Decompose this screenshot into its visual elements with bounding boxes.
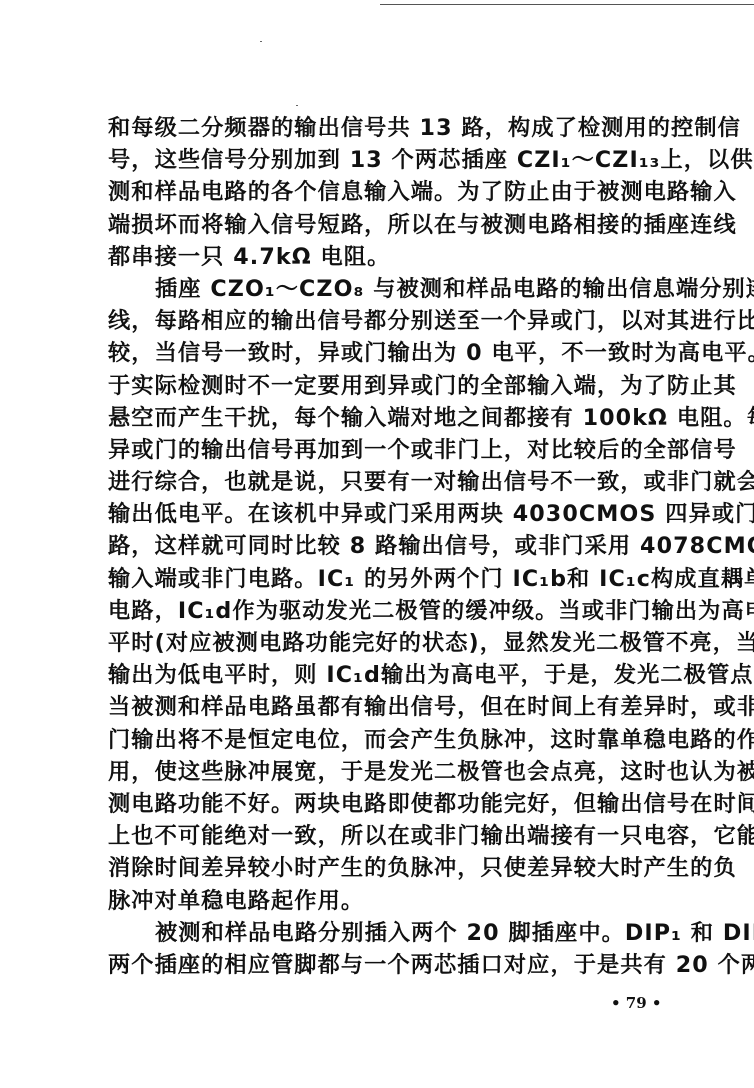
scan-speck	[260, 41, 262, 42]
text-line: 悬空而产生干扰，每个输入端对地之间都接有 100kΩ 电阻。每个	[108, 402, 684, 434]
text-line: 测和样品电路的各个信息输入端。为了防止由于被测电路输入	[108, 176, 684, 208]
text-line: 上也不可能绝对一致，所以在或非门输出端接有一只电容，它能	[108, 820, 684, 852]
text-line: 被测和样品电路分别插入两个 20 脚插座中。DIP₁ 和 DIP₂	[108, 917, 684, 949]
text-line: 门输出将不是恒定电位，而会产生负脉冲，这时靠单稳电路的作	[108, 724, 684, 756]
body-text: 和每级二分频器的输出信号共 13 路，构成了检测用的控制信号，这些信号分别加到 …	[108, 112, 684, 981]
text-line: 测电路功能不好。两块电路即使都功能完好，但输出信号在时间	[108, 788, 684, 820]
text-line: 线，每路相应的输出信号都分别送至一个异或门，以对其进行比	[108, 305, 684, 337]
scan-top-rule	[380, 4, 754, 5]
text-line: 输入端或非门电路。IC₁ 的另外两个门 IC₁b和 IC₁c构成直耦单稳	[108, 563, 684, 595]
page-number: • 79 •	[611, 994, 662, 1012]
text-line: 输出为低电平时，则 IC₁d输出为高电平，于是，发光二极管点亮。	[108, 659, 684, 691]
text-line: 都串接一只 4.7kΩ 电阻。	[108, 241, 684, 273]
text-line: 路，这样就可同时比较 8 路输出信号，或非门采用 4078CMOS 八	[108, 530, 684, 562]
text-line: 和每级二分频器的输出信号共 13 路，构成了检测用的控制信	[108, 112, 684, 144]
text-line: 脉冲对单稳电路起作用。	[108, 885, 684, 917]
text-line: 两个插座的相应管脚都与一个两芯插口对应，于是共有 20 个两	[108, 949, 684, 981]
text-line: 电路，IC₁d作为驱动发光二极管的缓冲级。当或非门输出为高电	[108, 595, 684, 627]
text-line: 端损坏而将输入信号短路，所以在与被测电路相接的插座连线	[108, 209, 684, 241]
scan-speck	[296, 105, 298, 106]
text-line: 插座 CZO₁～CZO₈ 与被测和样品电路的输出信息端分别连	[108, 273, 684, 305]
text-line: 号，这些信号分别加到 13 个两芯插座 CZI₁～CZI₁₃上，以供给被	[108, 144, 684, 176]
text-line: 进行综合，也就是说，只要有一对输出信号不一致，或非门就会	[108, 466, 684, 498]
text-line: 输出低电平。在该机中异或门采用两块 4030CMOS 四异或门电	[108, 498, 684, 530]
text-line: 当被测和样品电路虽都有输出信号，但在时间上有差异时，或非	[108, 691, 684, 723]
text-line: 平时(对应被测电路功能完好的状态)，显然发光二极管不亮，当	[108, 627, 684, 659]
text-line: 于实际检测时不一定要用到异或门的全部输入端，为了防止其	[108, 370, 684, 402]
text-line: 异或门的输出信号再加到一个或非门上，对比较后的全部信号	[108, 434, 684, 466]
text-line: 消除时间差异较小时产生的负脉冲，只使差异较大时产生的负	[108, 852, 684, 884]
text-line: 用，使这些脉冲展宽，于是发光二极管也会点亮，这时也认为被	[108, 756, 684, 788]
text-line: 较，当信号一致时，异或门输出为 0 电平，不一致时为高电平。由	[108, 337, 684, 369]
